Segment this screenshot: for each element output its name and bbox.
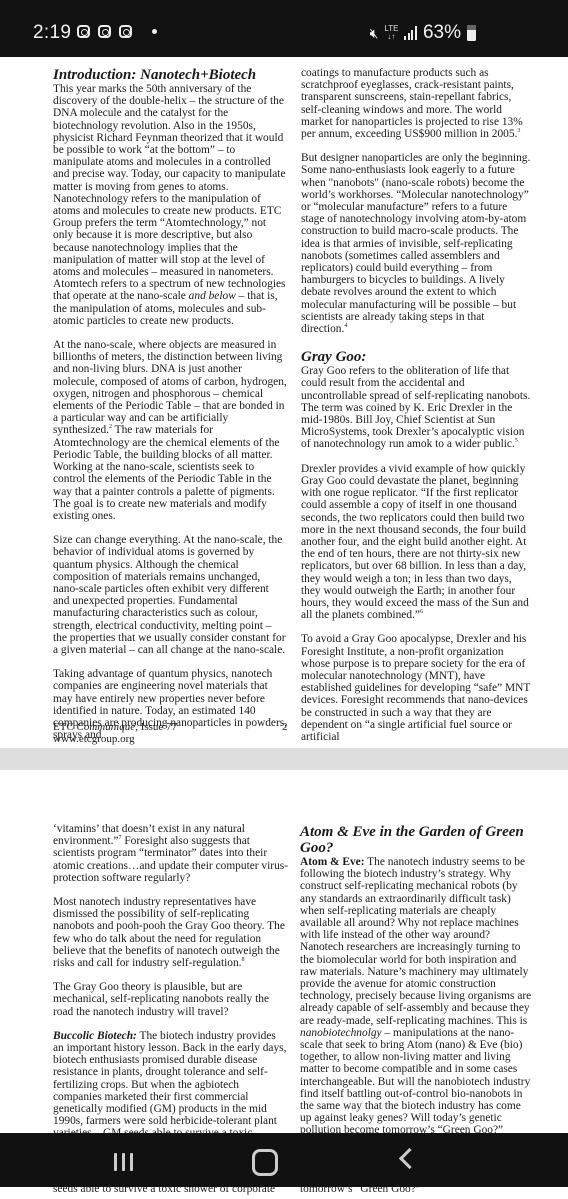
paragraph: To avoid a Gray Goo apocalypse, Drexler …: [301, 633, 533, 743]
section-heading: Gray Goo:: [301, 349, 533, 365]
paragraph: coatings to manufacture products such as…: [301, 67, 533, 140]
battery-icon: [467, 25, 476, 41]
text: But designer nanoparticles are only the …: [301, 152, 530, 335]
text: tomorrow’s “Green Goo?”: [300, 1187, 421, 1195]
text: The nanotech industry seems to be follow…: [300, 856, 531, 1027]
paragraph: ‘vitamins’ that doesn’t exist in any nat…: [53, 823, 288, 884]
section-heading: Atom & Eve in the Garden of Green Goo?: [300, 824, 533, 856]
back-button[interactable]: [399, 1148, 420, 1169]
footnote-ref: 8: [242, 957, 245, 963]
footnote-ref: 4: [344, 323, 347, 329]
instagram-icon: [98, 25, 111, 38]
paragraph: Atom & Eve: The nanotech industry seems …: [300, 856, 533, 1133]
italic-text: Communiqué,: [77, 721, 138, 733]
mute-vibrate-icon: 🔇︎: [370, 25, 379, 42]
inline-heading: Atom & Eve:: [300, 856, 365, 868]
italic-text: nanobiotechnolgy: [300, 1027, 382, 1039]
page1-left-column: Introduction: Nanotech+Biotech This year…: [53, 67, 288, 741]
text: The biotech industry provides an importa…: [53, 1030, 286, 1133]
website-link[interactable]: www.etcgroup.org: [53, 733, 177, 745]
home-button[interactable]: [252, 1149, 278, 1176]
text: Most nanotech industry representatives h…: [53, 896, 285, 969]
recent-apps-icon: [122, 1153, 125, 1171]
pdf-page-2: Introduction: Nanotech+Biotech This year…: [0, 57, 568, 748]
system-status-icons: 🔇︎ LTE↓↑ 63%: [370, 22, 476, 44]
paragraph: At the nano-scale, where objects are mea…: [53, 339, 288, 522]
recent-apps-icon: [114, 1153, 117, 1171]
pdf-page-3: ‘vitamins’ that doesn’t exist in any nat…: [0, 770, 568, 1133]
lte-icon: LTE↓↑: [384, 25, 398, 41]
text: The raw materials for Atomtechnology are…: [53, 424, 279, 521]
italic-text: and below: [189, 290, 236, 302]
section-heading: Introduction: Nanotech+Biotech: [53, 67, 288, 83]
text: Issue 77: [138, 721, 177, 733]
paragraph: This year marks the 50th anniversary of …: [53, 83, 288, 327]
paragraph: Size can change everything. At the nano-…: [53, 534, 288, 656]
page2-left-column: ‘vitamins’ that doesn’t exist in any nat…: [53, 823, 288, 1133]
page-number: 2: [282, 721, 288, 733]
text: coatings to manufacture products such as…: [301, 67, 523, 140]
text: seeds able to survive a toxic shower of …: [53, 1187, 275, 1195]
paragraph: But designer nanoparticles are only the …: [301, 152, 533, 335]
inline-heading: Buccolic Biotech:: [53, 1030, 137, 1042]
recent-apps-button[interactable]: [114, 1153, 133, 1171]
instagram-icon: [119, 25, 132, 38]
text: Gray Goo refers to the obliteration of l…: [301, 365, 530, 450]
paragraph: Drexler provides a vivid example of how …: [301, 463, 533, 622]
page1-right-column: coatings to manufacture products such as…: [301, 67, 533, 743]
paragraph: The Gray Goo theory is plausible, but ar…: [53, 981, 288, 1018]
status-bar: 2:19 🔇︎ LTE↓↑ 63%: [0, 0, 568, 57]
lte-label: LTE: [384, 24, 398, 33]
page-footer: ETC Communiqué, Issue 77 www.etcgroup.or…: [53, 721, 177, 745]
instagram-icon: [77, 25, 90, 38]
text: This year marks the 50th anniversary of …: [53, 83, 286, 302]
footnote-ref: 6: [420, 609, 423, 615]
notification-icons: [77, 25, 157, 38]
navigation-bar: [0, 1133, 568, 1187]
text: ETC: [53, 721, 77, 733]
text: At the nano-scale, where objects are mea…: [53, 339, 287, 436]
footnote-ref: 5: [515, 439, 518, 445]
page-separator: [0, 748, 568, 770]
text: Drexler provides a vivid example of how …: [301, 463, 529, 621]
paragraph: Gray Goo refers to the obliteration of l…: [301, 365, 533, 450]
recent-apps-icon: [130, 1153, 133, 1171]
publication-line: ETC Communiqué, Issue 77: [53, 721, 177, 733]
more-notifications-dot-icon: [152, 29, 157, 34]
clock: 2:19: [33, 22, 71, 44]
paragraph: Buccolic Biotech: The biotech industry p…: [53, 1030, 288, 1133]
page2-right-column: Atom & Eve in the Garden of Green Goo? A…: [300, 824, 533, 1133]
signal-icon: [404, 26, 417, 40]
bottom-overflow-strip: seeds able to survive a toxic shower of …: [0, 1187, 568, 1199]
paragraph: Most nanotech industry representatives h…: [53, 896, 288, 969]
battery-percent: 63%: [423, 22, 461, 44]
footnote-ref: 3: [517, 128, 520, 134]
text: – manipulations at the nano-scale that s…: [300, 1027, 530, 1133]
